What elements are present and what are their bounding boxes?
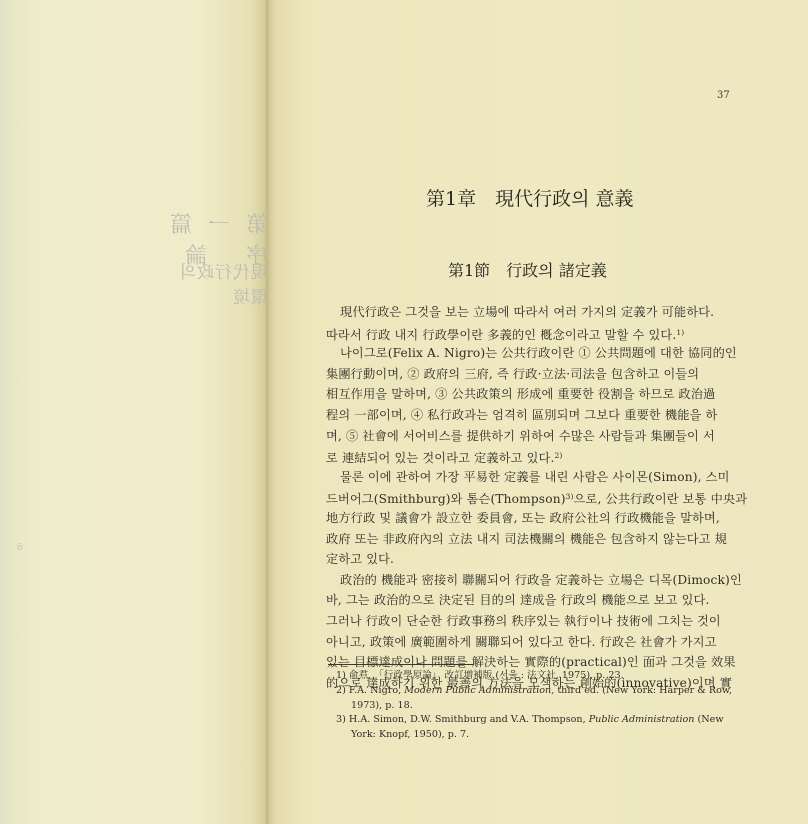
chapter-title: 第1章 現代行政의 意義 [426, 184, 633, 211]
left-page: 第一篇 序 論 現代行政의 環境 ㅎ [0, 0, 268, 824]
body-line: 며, ⑤ 社會에 서어비스를 提供하기 위하여 수많은 사람들과 集團들이 서 [326, 426, 768, 447]
footnotes: 1) 俞焄, 「行政學原論」 改訂增補版 (서울 : 法文社, 1975), p… [336, 669, 768, 743]
footnote-marker: 2) [336, 685, 349, 696]
body-line: 드버어그(Smithburg)와 톰슨(Thompson)3)으로, 公共行政이… [326, 487, 768, 508]
body-line: 政治的 機能과 密接히 聯關되어 行政을 定義하는 立場은 디목(Dimock)… [326, 570, 768, 591]
body-line: 로 連結되어 있는 것이라고 定義하고 있다.2) [326, 446, 768, 467]
body-line: 定하고 있다. [326, 549, 768, 570]
footnote-reference: 3) [566, 492, 574, 501]
page-number: 37 [717, 90, 730, 101]
footnote-marker: 1) [336, 670, 349, 681]
left-page-bleedthrough-mark: ㅎ [4, 538, 26, 555]
footnote-line: 1) 俞焄, 「行政學原論」 改訂增補版 (서울 : 法文社, 1975), p… [336, 669, 768, 684]
body-line: 現代行政은 그것을 보는 立場에 따라서 여러 가지의 定義가 可能하다. [326, 302, 768, 323]
body-line: 그러나 行政이 단순한 行政事務의 秩序있는 執行이나 技術에 그치는 것이 [326, 611, 768, 632]
footnote-line: 1973), p. 18. [336, 699, 768, 714]
footnote-divider [328, 664, 474, 665]
body-line: 集團行動이며, ② 政府의 三府, 즉 行政·立法·司法을 包含하고 이들의 [326, 364, 768, 385]
body-line: 政府 또는 非政府內의 立法 내지 司法機關의 機能은 包含하지 않는다고 規 [326, 529, 768, 550]
body-line: 地方行政 및 議會가 設立한 委員會, 또는 政府公社의 行政機能을 말하며, [326, 508, 768, 529]
footnote-line: 3) H.A. Simon, D.W. Smithburg and V.A. T… [336, 713, 768, 728]
footnote-reference: 2) [555, 451, 563, 460]
footnote-line: 2) F.A. Nigro, Modern Public Administrat… [336, 684, 768, 699]
footnote-reference: 1) [676, 328, 684, 337]
body-line: 따라서 行政 내지 行政學이란 多義的인 槪念이라고 말할 수 있다.1) [326, 323, 768, 344]
footnote-line: York: Knopf, 1950), p. 7. [336, 728, 768, 743]
section-title: 第1節 行政의 諸定義 [448, 258, 607, 281]
body-text: 現代行政은 그것을 보는 立場에 따라서 여러 가지의 定義가 可能하다.따라서… [326, 302, 768, 693]
book-spread: 第一篇 序 論 現代行政의 環境 ㅎ 37 第1章 現代行政의 意義 第1節 行… [0, 0, 808, 824]
left-page-bleedthrough-subtitle: 現代行政의 環境 [172, 258, 268, 308]
body-line: 相互作用을 말하며, ③ 公共政策의 形成에 重要한 役割을 하므로 政治過 [326, 384, 768, 405]
body-line: 程의 一部이며, ④ 私行政과는 엄격히 區別되며 그보다 重要한 機能을 하 [326, 405, 768, 426]
body-line: 바, 그는 政治的으로 決定된 目的의 達成을 行政의 機能으로 보고 있다. [326, 590, 768, 611]
body-line: 물론 이에 관하여 가장 平易한 定義를 내린 사람은 사이몬(Simon), … [326, 467, 768, 488]
footnote-marker: 3) [336, 714, 349, 725]
body-line: 아니고, 政策에 廣範圍하게 關聯되어 있다고 한다. 行政은 社會가 가지고 [326, 632, 768, 653]
body-line: 나이그로(Felix A. Nigro)는 公共行政이란 ① 公共問題에 대한 … [326, 343, 768, 364]
